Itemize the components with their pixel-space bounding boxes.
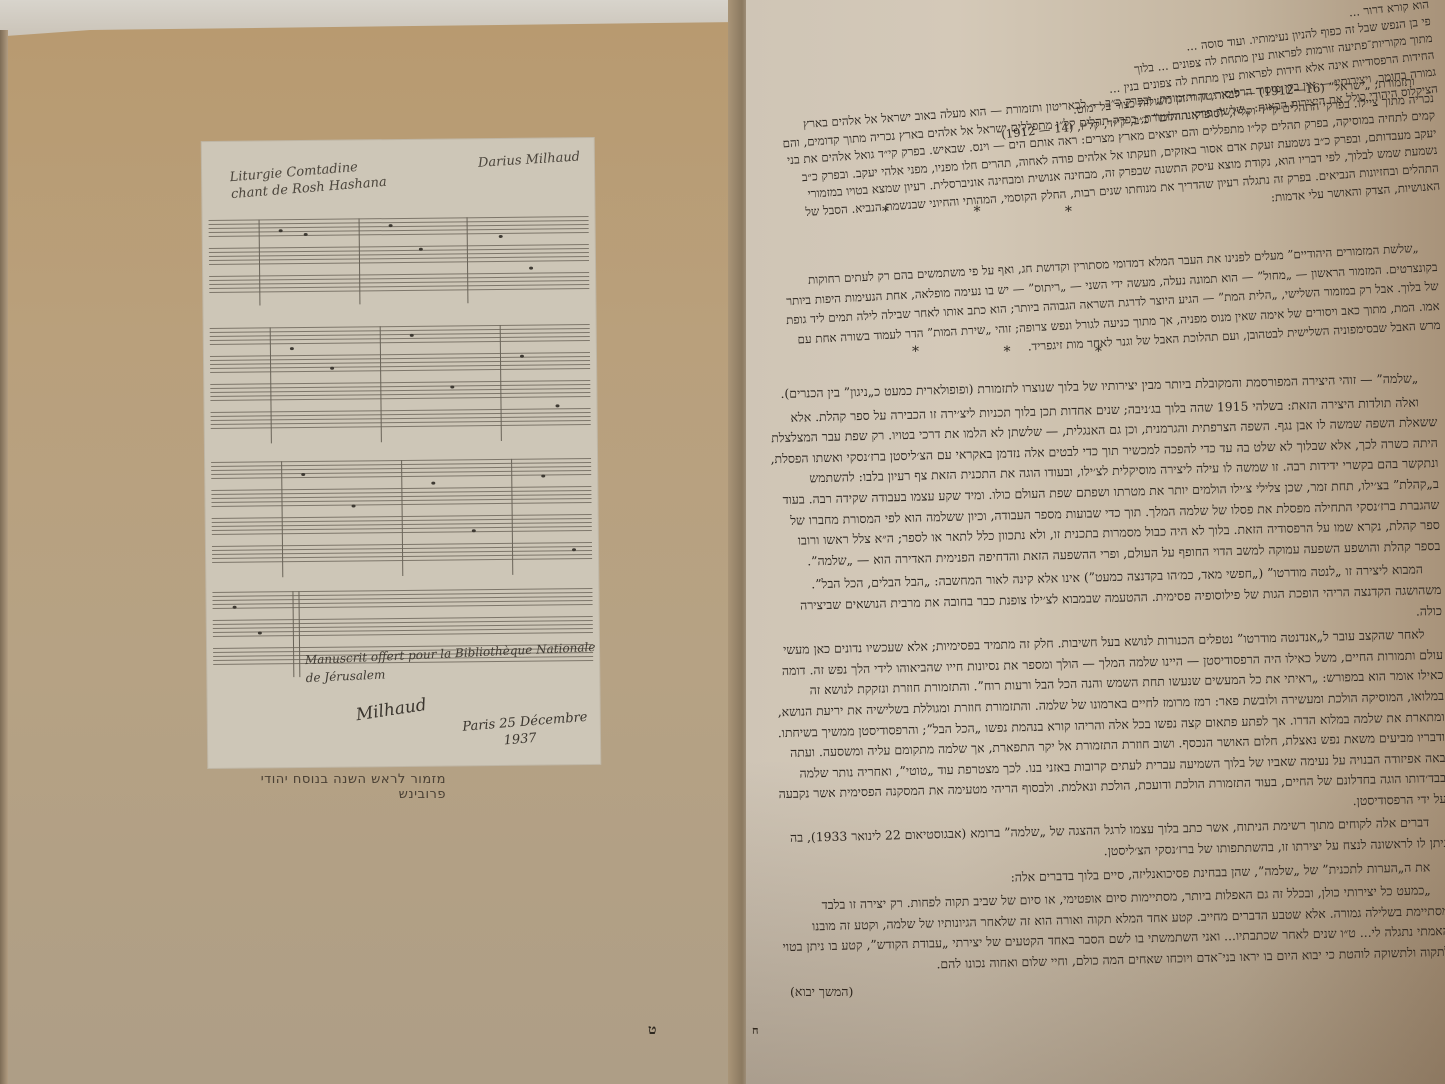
page-shadow <box>746 0 1445 1084</box>
manuscript-composer: Darius Milhaud <box>477 149 580 170</box>
manuscript-title: Liturgie Comtadine chant de Rosh Hashana <box>229 157 387 203</box>
manuscript-place-date: Paris 25 Décembre 1937 <box>462 709 590 753</box>
staff-system <box>210 324 591 432</box>
staff-system <box>211 458 592 566</box>
staff-system <box>209 216 590 296</box>
left-page-number: ט <box>648 1022 656 1039</box>
figure-caption: מזמור לראש השנה בנוסח יהודי פרובינש <box>212 772 446 802</box>
manuscript-signature: Milhaud <box>355 695 428 725</box>
page-edge-shadow <box>0 30 8 1084</box>
music-manuscript-facsimile: Liturgie Comtadine chant de Rosh Hashana… <box>202 138 601 768</box>
